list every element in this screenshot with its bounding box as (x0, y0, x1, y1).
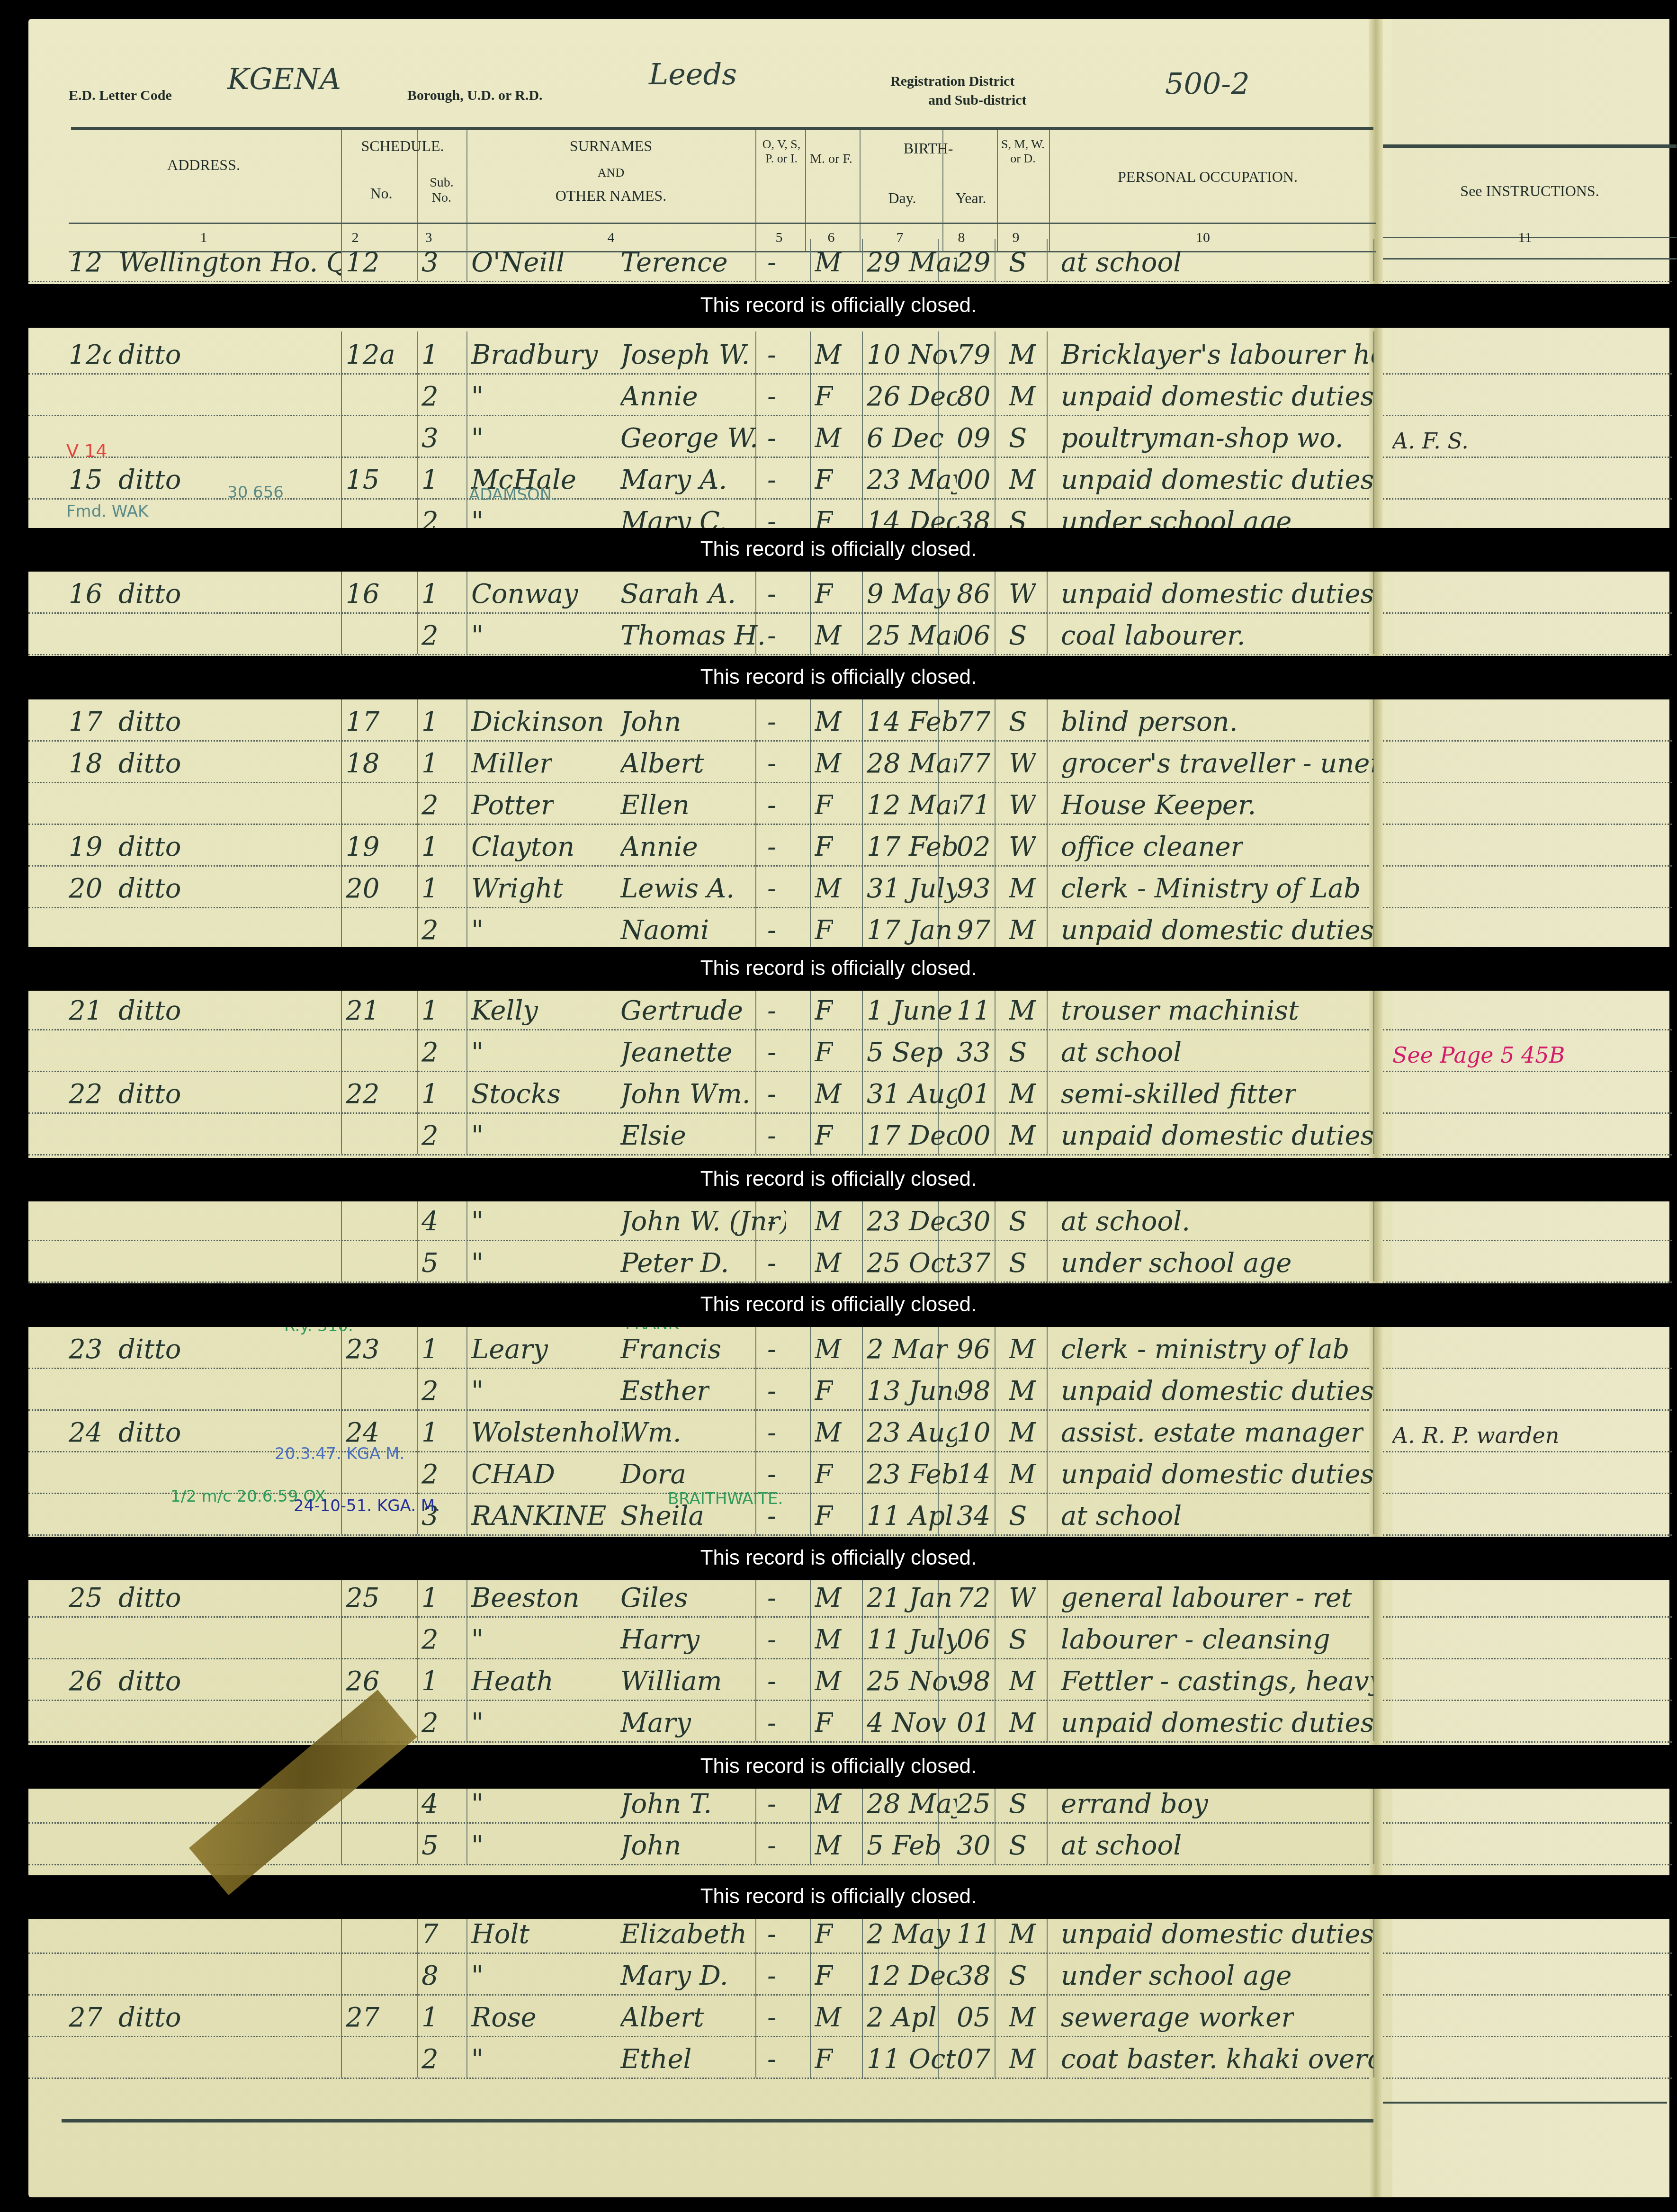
cell-surname: Kelly (471, 995, 538, 1026)
table-row: 2"Annie-F26 Dec80Munpaid domestic duties (28, 373, 1369, 416)
table-row: 18ditto181MillerAlbert-M28 Mar77Wgrocer'… (28, 740, 1369, 783)
cell-ovspi: - (767, 1037, 776, 1068)
cell-address-no: 12 (69, 247, 102, 278)
cell-forename: John T. (620, 1789, 712, 1819)
cell-marital: M (1009, 1334, 1036, 1365)
redaction-text: This record is officially closed. (0, 1885, 1677, 1908)
cell-sub: 5 (421, 1830, 439, 1861)
cell-ovspi: - (767, 1708, 776, 1738)
cell-day: 23 Aug (867, 1417, 957, 1448)
cell-occupation: blind person. (1061, 707, 1238, 737)
cell-marital: W (1009, 832, 1036, 862)
cell-forename: Naomi (620, 915, 709, 946)
cell-forename: Peter D. (620, 1248, 729, 1279)
cell-sched: 15 (346, 465, 379, 495)
cell-sub: 1 (421, 873, 439, 904)
col-schedule-no: No. (346, 185, 417, 202)
cell-year: 09 (957, 423, 990, 454)
instructions-row: A. R. P. warden (1383, 1409, 1672, 1452)
instructions-row (1383, 239, 1672, 282)
record-block: 4"John W. (Jnr).-M23 Dec30Sat school.5"P… (28, 1198, 1677, 1281)
cell-year: 10 (957, 1417, 990, 1448)
cell-occupation: unpaid domestic duties (1061, 465, 1373, 495)
cell-sub: 2 (421, 2044, 439, 2075)
cell-sex: F (815, 790, 833, 821)
table-row: 5"Peter D.-M25 Oct37Sunder school age (28, 1240, 1369, 1283)
col-birth-day: Day. (862, 189, 942, 207)
cell-occupation: at school (1061, 247, 1182, 278)
cell-ovspi: - (767, 1583, 776, 1613)
redaction-bar: This record is officially closed. (0, 284, 1677, 328)
cell-sex: F (815, 995, 833, 1026)
col-occupation: PERSONAL OCCUPATION. (1051, 168, 1364, 186)
table-row: 2"Jeanette-F5 Sep33Sat school (28, 1029, 1369, 1072)
cell-sex: M (815, 247, 842, 278)
cell-forename: Giles (620, 1583, 688, 1613)
redaction-bar: This record is officially closed. (0, 1283, 1677, 1327)
cell-day: 1 June (867, 995, 952, 1026)
cell-address: ditto (118, 832, 181, 862)
cell-forename: John (620, 707, 681, 737)
cell-forename: Terence (620, 247, 728, 278)
cell-surname: " (471, 423, 484, 454)
cell-surname: " (471, 1037, 484, 1068)
instructions-row (1383, 373, 1672, 416)
cell-address-no: 16 (69, 579, 102, 609)
cell-occupation: labourer - cleansing (1061, 1624, 1330, 1655)
cell-sub: 2 (421, 1708, 439, 1738)
cell-address: ditto (118, 748, 181, 779)
cell-sub: 1 (421, 1666, 439, 1697)
table-row: 20ditto201WrightLewis A.-M31 July93Mcler… (28, 865, 1369, 908)
instructions-row (1383, 1616, 1672, 1659)
cell-occupation: unpaid domestic duties (1061, 1919, 1373, 1950)
instructions-note: A. R. P. warden (1392, 1423, 1559, 1448)
cell-address-no: 24 (69, 1417, 102, 1448)
cell-surname: Dickinson (471, 707, 604, 737)
cell-ovspi: - (767, 1120, 776, 1151)
column-divider (860, 130, 861, 251)
cell-forename: Jeanette (620, 1037, 732, 1068)
cell-year: 98 (957, 1376, 990, 1406)
ed-letter-code-value: KGENA (227, 62, 341, 96)
cell-day: 31 July (867, 873, 957, 904)
column-divider (1373, 239, 1374, 281)
cell-surname: Potter (471, 790, 554, 821)
cell-forename: Mary (620, 1708, 691, 1738)
header-rule (71, 127, 1373, 130)
cell-address-no: 18 (69, 748, 102, 779)
cell-marital: W (1009, 1583, 1036, 1613)
cell-year: 80 (957, 381, 990, 412)
cell-sex: M (815, 1079, 842, 1110)
cell-surname: " (471, 1961, 484, 1991)
instructions-row (1383, 2036, 1672, 2079)
cell-sched: 25 (346, 1583, 379, 1613)
cell-address: ditto (118, 1666, 181, 1697)
column-divider (1373, 1911, 1374, 2078)
cell-surname: Beeston (471, 1583, 579, 1613)
table-row: 3"George W.-M6 Dec09Spoultryman-shop wo. (28, 415, 1369, 458)
cell-occupation: coat baster. khaki overcoats (1061, 2044, 1373, 2075)
cell-sched: 19 (346, 832, 379, 862)
instructions-note: See Page 5 45B (1392, 1042, 1565, 1068)
cell-occupation: poultryman-shop wo. (1061, 423, 1344, 454)
cell-marital: S (1009, 1624, 1027, 1655)
cell-occupation: coal labourer. (1061, 620, 1245, 651)
cell-occupation: unpaid domestic duties (1061, 1708, 1373, 1738)
cell-occupation: errand boy (1061, 1789, 1208, 1819)
cell-sched: 12 (346, 247, 379, 278)
cell-sub: 2 (421, 1037, 439, 1068)
cell-address: ditto (118, 995, 181, 1026)
redaction-text: This record is officially closed. (0, 1755, 1677, 1778)
cell-year: 93 (957, 873, 990, 904)
cell-year: 30 (957, 1830, 990, 1861)
cell-forename: Lewis A. (620, 873, 735, 904)
cell-ovspi: - (767, 2044, 776, 2075)
cell-forename: William (620, 1666, 722, 1697)
cell-marital: S (1009, 707, 1027, 737)
cell-year: 11 (957, 995, 990, 1026)
cell-ovspi: - (767, 1206, 776, 1237)
cell-sub: 1 (421, 707, 439, 737)
cell-occupation: office cleaner (1061, 832, 1243, 862)
cell-marital: M (1009, 915, 1036, 946)
instructions-row (1383, 1451, 1672, 1494)
cell-day: 9 May (867, 579, 950, 609)
cell-sex: F (815, 1120, 833, 1151)
cell-sched: 21 (346, 995, 379, 1026)
cell-sex: F (815, 1708, 833, 1738)
cell-address-no: 15 (69, 465, 102, 495)
column-divider (1373, 1198, 1374, 1281)
cell-sched: 24 (346, 1417, 379, 1448)
cell-forename: Dora (620, 1459, 686, 1490)
cell-marital: M (1009, 465, 1036, 495)
cell-year: 96 (957, 1334, 990, 1365)
cell-ovspi: - (767, 247, 776, 278)
col-sex: M. or F. (807, 152, 855, 167)
cell-marital: S (1009, 1501, 1027, 1531)
cell-year: 34 (957, 1501, 990, 1531)
cell-occupation: clerk - ministry of lab (1061, 1334, 1349, 1365)
cell-forename: Elsie (620, 1120, 686, 1151)
table-row: 2PotterEllen-F12 Mar71WHouse Keeper. (28, 782, 1369, 825)
cell-marital: W (1009, 790, 1036, 821)
cell-year: 38 (957, 1961, 990, 1991)
cell-year: 00 (957, 465, 990, 495)
cell-day: 5 Feb (867, 1830, 942, 1861)
cell-sex: F (815, 381, 833, 412)
column-divider (1373, 987, 1374, 1154)
instructions-row (1383, 865, 1672, 908)
cell-sub: 1 (421, 465, 439, 495)
instructions-row (1383, 1575, 1672, 1618)
cell-day: 11 Apl (867, 1501, 953, 1531)
record-block: 25ditto251BeestonGiles-M21 Jan72Wgeneral… (28, 1575, 1677, 1741)
cell-year: 06 (957, 1624, 990, 1655)
col-address: ADDRESS. (71, 156, 336, 174)
record-block: 17ditto171DickinsonJohn-M14 Feb77Sblind … (28, 699, 1677, 949)
cell-year: 30 (957, 1206, 990, 1237)
cell-sub: 2 (421, 1459, 439, 1490)
cell-day: 28 May (867, 1789, 957, 1819)
cell-ovspi: - (767, 915, 776, 946)
cell-sex: M (815, 707, 842, 737)
redaction-text: This record is officially closed. (0, 665, 1677, 689)
col-birth: BIRTH- (862, 140, 995, 157)
instructions-row (1383, 1198, 1672, 1241)
cell-ovspi: - (767, 579, 776, 609)
table-row: 21ditto211KellyGertrude-F1 June11Mtrouse… (28, 987, 1369, 1030)
cell-year: 07 (957, 2044, 990, 2075)
cell-surname: Wright (471, 873, 563, 904)
cell-sched: 18 (346, 748, 379, 779)
cell-address: ditto (118, 1079, 181, 1110)
cell-sub: 2 (421, 1120, 439, 1151)
cell-address: ditto (118, 707, 181, 737)
instructions-row (1383, 1658, 1672, 1701)
cell-ovspi: - (767, 620, 776, 651)
cell-sched: 16 (346, 579, 379, 609)
cell-sex: F (815, 1037, 833, 1068)
cell-marital: M (1009, 1079, 1036, 1110)
cell-day: 25 Oct (867, 1248, 956, 1279)
cell-sched: 12a (346, 340, 395, 370)
table-row: 26ditto261HeathWilliam-M25 Nov98MFettler… (28, 1658, 1369, 1701)
cell-sched: 17 (346, 707, 379, 737)
cell-surname: " (471, 915, 484, 946)
cell-marital: S (1009, 1789, 1027, 1819)
cell-forename: Harry (620, 1624, 699, 1655)
annotation: BRAITHWAITE. (668, 1489, 783, 1508)
col-ovspi: O, V, S, P. or I. (758, 137, 805, 166)
cell-sub: 1 (421, 832, 439, 862)
cell-sex: M (815, 1666, 842, 1697)
cell-surname: " (471, 1376, 484, 1406)
cell-surname: " (471, 381, 484, 412)
cell-day: 4 Nov (867, 1708, 946, 1738)
cell-day: 28 Mar (867, 748, 957, 779)
instructions-row (1383, 612, 1672, 655)
cell-sub: 1 (421, 1334, 439, 1365)
cell-sex: F (815, 1501, 833, 1531)
cell-sub: 5 (421, 1248, 439, 1279)
cell-sex: M (815, 1248, 842, 1279)
table-row: 2"Esther-F13 June98Munpaid domestic duti… (28, 1368, 1369, 1411)
instructions-row (1383, 571, 1672, 614)
column-divider (1049, 130, 1050, 251)
instructions-row (1383, 1700, 1672, 1743)
cell-sex: M (815, 1417, 842, 1448)
cell-address: Wellington Ho. Quarry (118, 247, 341, 278)
table-row: 12Wellington Ho. Quarry123O'NeillTerence… (28, 239, 1369, 282)
cell-year: 06 (957, 620, 990, 651)
cell-address: ditto (118, 579, 181, 609)
cell-sex: F (815, 465, 833, 495)
cell-occupation: under school age (1061, 1248, 1291, 1279)
record-block: 16ditto161ConwaySarah A.-F9 May86Wunpaid… (28, 571, 1677, 654)
col-schedule-sub: Sub. No. (419, 175, 464, 206)
cell-marital: S (1009, 1206, 1027, 1237)
cell-day: 23 Dec (867, 1206, 957, 1237)
cell-sub: 2 (421, 620, 439, 651)
cell-address-no: 20 (69, 873, 102, 904)
cell-occupation: at school (1061, 1037, 1182, 1068)
cell-surname: " (471, 620, 484, 651)
cell-sex: M (815, 340, 842, 370)
cell-address-no: 22 (69, 1079, 102, 1110)
cell-day: 29 Mar (867, 247, 957, 278)
cell-forename: Elizabeth (620, 1919, 747, 1950)
cell-forename: Mary A. (620, 465, 727, 495)
borough-value: Leeds (649, 57, 737, 91)
cell-surname: " (471, 1789, 484, 1819)
instructions-row: See Page 5 45B (1383, 1029, 1672, 1072)
cell-sex: M (815, 873, 842, 904)
cell-day: 17 Feb (867, 832, 957, 862)
table-row: 8"Mary D.-F12 Dec38Sunder school age (28, 1952, 1369, 1996)
redaction-bar: This record is officially closed. (0, 947, 1677, 991)
cell-sex: M (815, 1789, 842, 1819)
instructions-row: A. F. S. (1383, 415, 1672, 458)
cell-address: ditto (118, 465, 181, 495)
cell-ovspi: - (767, 1248, 776, 1279)
record-block: 12aditto12a1BradburyJoseph W.-M10 Nov79M… (28, 331, 1677, 540)
cell-marital: M (1009, 340, 1036, 370)
cell-sex: F (815, 579, 833, 609)
cell-forename: Wm. (620, 1417, 681, 1448)
cell-year: 72 (957, 1583, 990, 1613)
table-row: 24ditto241WolstenholmeWm.-M23 Aug10Massi… (28, 1409, 1369, 1452)
cell-ovspi: - (767, 1919, 776, 1950)
redaction-bar: This record is officially closed. (0, 1745, 1677, 1789)
cell-ovspi: - (767, 1666, 776, 1697)
cell-forename: Albert (620, 2002, 704, 2033)
col-instructions: See INSTRUCTIONS. (1402, 182, 1658, 200)
cell-day: 14 Feb (867, 707, 957, 737)
record-block: 12Wellington Ho. Quarry123O'NeillTerence… (28, 239, 1677, 281)
cell-year: 77 (957, 748, 990, 779)
cell-sub: 3 (421, 423, 439, 454)
cell-ovspi: - (767, 1961, 776, 1991)
column-divider (1373, 1781, 1374, 1864)
cell-day: 23 Feb (867, 1459, 957, 1490)
cell-forename: Joseph W. (620, 340, 750, 370)
cell-year: 01 (957, 1708, 990, 1738)
redaction-bar: This record is officially closed. (0, 1875, 1677, 1919)
cell-forename: Mary D. (620, 1961, 728, 1991)
cell-occupation: unpaid domestic duties (1061, 381, 1373, 412)
cell-ovspi: - (767, 340, 776, 370)
cell-forename: Sarah A. (620, 579, 736, 609)
cell-address: ditto (118, 1417, 181, 1448)
cell-sex: F (815, 1376, 833, 1406)
cell-marital: S (1009, 247, 1027, 278)
cell-sub: 2 (421, 915, 439, 946)
col-marital: S, M, W. or D. (999, 137, 1047, 166)
bottom-rule-right (1383, 2102, 1667, 2104)
cell-year: 77 (957, 707, 990, 737)
instructions-row (1383, 699, 1672, 742)
table-row: 12aditto12a1BradburyJoseph W.-M10 Nov79M… (28, 331, 1369, 375)
column-divider (997, 130, 998, 251)
cell-forename: Gertrude (620, 995, 743, 1026)
cell-day: 11 July (867, 1624, 957, 1655)
cell-occupation: sewerage worker (1061, 2002, 1294, 2033)
cell-forename: Thomas H. (620, 620, 766, 651)
cell-occupation: House Keeper. (1061, 790, 1256, 821)
column-divider (755, 130, 756, 251)
cell-day: 25 Mar (867, 620, 957, 651)
cell-sched: 20 (346, 873, 379, 904)
instructions-row (1383, 824, 1672, 867)
instructions-row (1383, 1112, 1672, 1155)
cell-surname: Stocks (471, 1079, 561, 1110)
annotation: Fmd. WAK (66, 502, 148, 521)
instructions-row (1383, 907, 1672, 950)
redaction-text: This record is officially closed. (0, 537, 1677, 561)
cell-marital: M (1009, 2002, 1036, 2033)
cell-year: 25 (957, 1789, 990, 1819)
instructions-row (1383, 1368, 1672, 1411)
cell-sex: F (815, 1459, 833, 1490)
table-row: 17ditto171DickinsonJohn-M14 Feb77Sblind … (28, 699, 1369, 742)
cell-address-no: 21 (69, 995, 102, 1026)
cell-surname: " (471, 1708, 484, 1738)
cell-sex: F (815, 1919, 833, 1950)
cell-forename: John W. (Jnr). (620, 1206, 786, 1237)
cell-address-no: 26 (69, 1666, 102, 1697)
table-row: 2"Mary-F4 Nov01Munpaid domestic duties (28, 1700, 1369, 1743)
cell-year: 00 (957, 1120, 990, 1151)
ed-letter-code-label: E.D. Letter Code (69, 88, 172, 104)
redaction-text: This record is officially closed. (0, 1546, 1677, 1570)
colhead-rule (69, 223, 1376, 224)
cell-marital: S (1009, 620, 1027, 651)
cell-sub: 4 (421, 1789, 439, 1819)
annotation: 30 656 (227, 483, 284, 502)
cell-sub: 2 (421, 1376, 439, 1406)
cell-ovspi: - (767, 423, 776, 454)
cell-marital: S (1009, 1961, 1027, 1991)
cell-year: 97 (957, 915, 990, 946)
cell-ovspi: - (767, 1830, 776, 1861)
cell-marital: M (1009, 1919, 1036, 1950)
cell-sub: 3 (421, 247, 439, 278)
table-row: 4"John W. (Jnr).-M23 Dec30Sat school. (28, 1198, 1369, 1241)
cell-forename: Ellen (620, 790, 690, 821)
cell-surname: " (471, 1830, 484, 1861)
cell-day: 17 Jan (867, 915, 952, 946)
cell-occupation: unpaid domestic duties (1061, 915, 1373, 946)
cell-surname: CHAD (471, 1459, 555, 1490)
cell-forename: John Wm. (620, 1079, 751, 1110)
cell-sub: 2 (421, 1624, 439, 1655)
cell-sched: 23 (346, 1334, 379, 1365)
cell-sex: F (815, 832, 833, 862)
cell-address-no: 19 (69, 832, 102, 862)
table-row: 19ditto191ClaytonAnnie-F17 Feb02Woffice … (28, 824, 1369, 867)
cell-marital: M (1009, 381, 1036, 412)
cell-occupation: under school age (1061, 1961, 1291, 1991)
cell-ovspi: - (767, 1334, 776, 1365)
cell-marital: M (1009, 2044, 1036, 2075)
cell-ovspi: - (767, 1376, 776, 1406)
cell-ovspi: - (767, 748, 776, 779)
cell-forename: Annie (620, 832, 698, 862)
